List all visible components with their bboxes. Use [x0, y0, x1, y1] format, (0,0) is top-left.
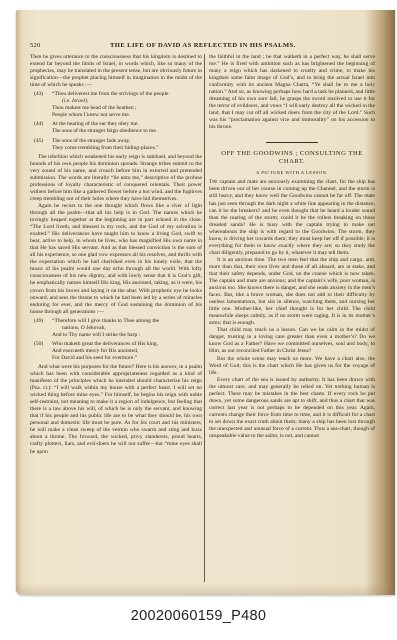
section-rule	[266, 142, 318, 143]
column-divider	[204, 54, 205, 582]
verse-line: Who maketh great the deliverances of His…	[52, 341, 202, 348]
drop-word: The	[209, 179, 218, 185]
psalm-quote: (49) “Therefore will I give thanks to Th…	[30, 318, 202, 339]
verse-line: The sons of the stranger feign obedience…	[52, 128, 202, 135]
verse-line: “Therefore will I give thanks to Thee am…	[52, 318, 202, 325]
verse-number: (50)	[34, 341, 43, 348]
right-column: the faithful in the land ; he that walke…	[209, 54, 375, 440]
paragraph: The rebellion which weakened his early r…	[30, 154, 202, 203]
psalm-quote: (43) “Thou deliverest me from the strivi…	[30, 91, 202, 119]
article-subtitle: A PICTURE WITH A LESSON.	[209, 169, 375, 176]
verse-line: Thou makest me head of the heathen ;	[52, 105, 202, 112]
psalm-quote: (50) Who maketh great the deliverances o…	[30, 341, 202, 362]
image-caption: 20020060159_P480	[0, 608, 397, 624]
paragraph-text: captain and mate are anxiously examining…	[209, 179, 375, 255]
verse-number: (43)	[34, 91, 43, 98]
verse-line: For David and his seed for evermore.”	[52, 355, 202, 362]
paragraph: Every chart of the sea is issued by auth…	[209, 377, 375, 440]
paragraph: But the whole scene may teach us more. W…	[209, 356, 375, 377]
verse-line: And to Thy name will I strike the harp :	[52, 332, 202, 339]
running-title: THE LIFE OF DAVID AS REFLECTED IN HIS PS…	[110, 42, 296, 49]
page-number: 520	[30, 42, 41, 49]
article-title: OFF THE GOODWINS ; CONSULTING THE CHART.	[209, 150, 375, 166]
paragraph: And what were his purposes for the futur…	[30, 364, 202, 456]
paragraph: the faithful in the land ; he that walke…	[209, 54, 375, 132]
paragraph: Again he recurs to the one thought which…	[30, 203, 202, 316]
verse-line: And executeth mercy for His anointed,	[52, 348, 202, 355]
paragraph: That child may teach us a lesson. Can we…	[209, 327, 375, 355]
running-head: 520 THE LIFE OF DAVID AS REFLECTED IN HI…	[30, 42, 385, 52]
psalm-quote: (44) At the hearing of the ear they obey…	[30, 121, 202, 135]
left-column: Then he gives utterance to the conscious…	[30, 54, 202, 456]
paragraph: It is an anxious time. The two men feel …	[209, 257, 375, 327]
psalm-quote: (45) The sons of the stranger fade away,…	[30, 138, 202, 152]
verse-line: The sons of the stranger fade away,	[52, 138, 202, 145]
verse-line: People whom I knew not serve me.	[52, 112, 202, 119]
paragraph: The captain and mate are anxiously exami…	[209, 179, 375, 257]
verse-number: (49)	[34, 318, 43, 325]
verse-number: (45)	[34, 138, 43, 145]
verse-line: nations, O Jehovah,	[52, 325, 202, 332]
paragraph: Then he gives utterance to the conscious…	[30, 54, 202, 89]
verse-number: (44)	[34, 121, 43, 128]
verse-line: They come trembling from their hiding-pl…	[52, 145, 202, 152]
book-page: 520 THE LIFE OF DAVID AS REFLECTED IN HI…	[16, 10, 395, 595]
